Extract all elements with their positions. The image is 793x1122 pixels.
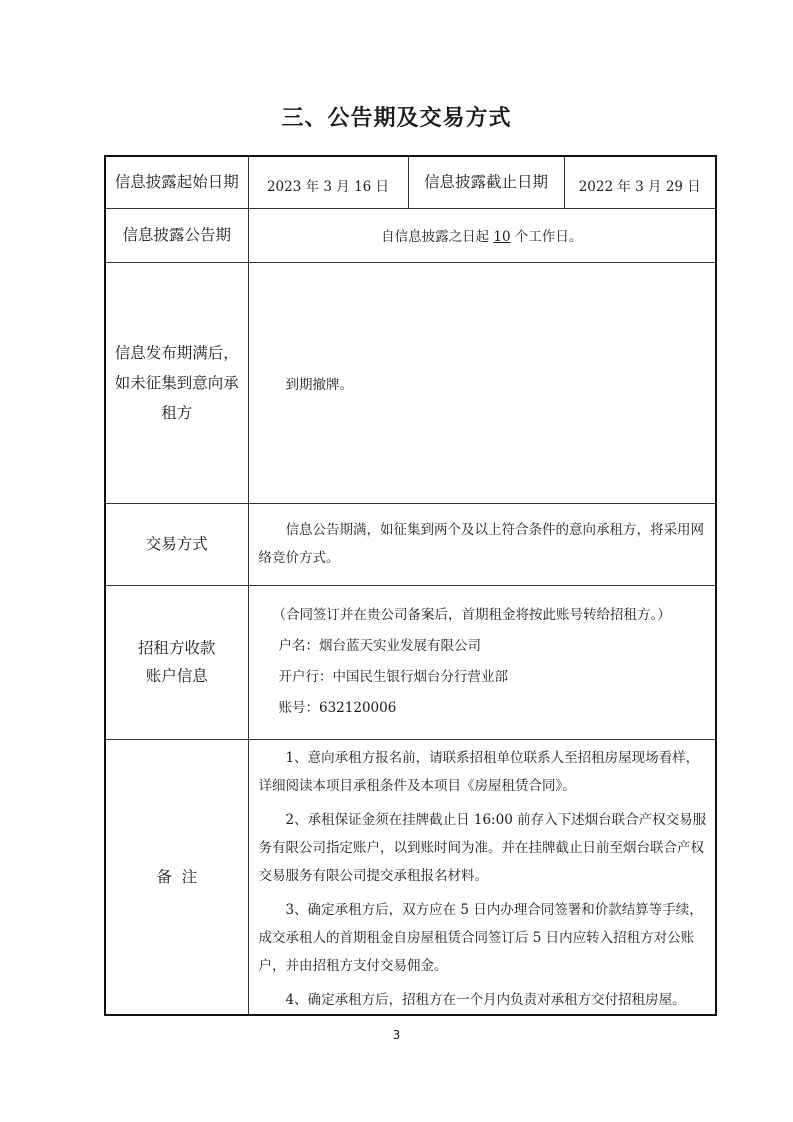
row-remarks: 备 注 1、意向承租方报名前，请联系招租单位联系人至招租房屋现场看样，详细阅读本…: [105, 739, 716, 1015]
start-date-value: 2023 年 3 月 16 日: [248, 156, 408, 208]
remark-item-1: 1、意向承租方报名前，请联系招租单位联系人至招租房屋现场看样，详细阅读本项目承租…: [249, 744, 716, 800]
page-number: 3: [0, 1028, 793, 1042]
method-text: 信息公告期满，如征集到两个及以上符合条件的意向承租方，将采用网络竞价方式。: [249, 516, 716, 572]
announcement-table: 信息披露起始日期 2023 年 3 月 16 日 信息披露截止日期 2022 年…: [104, 155, 717, 1016]
row-trade-method: 交易方式 信息公告期满，如征集到两个及以上符合条件的意向承租方，将采用网络竞价方…: [105, 503, 716, 585]
remarks-label: 备 注: [105, 739, 248, 1015]
account-note: （合同签订并在贵公司备案后，首期租金将按此账号转给招租方。）: [249, 600, 716, 631]
period-value: 自信息披露之日起 10 个工作日。: [248, 208, 716, 262]
end-date-label: 信息披露截止日期: [408, 156, 564, 208]
account-number: 账号：632120006: [249, 693, 716, 724]
remark-item-3: 3、确定承租方后，双方应在 5 日内办理合同签署和价款结算等手续，成交承租人的首…: [249, 896, 716, 980]
row-expiry-handling: 信息发布期满后， 如未征集到意向承 租方 到期撤牌。: [105, 262, 716, 503]
end-date-value: 2022 年 3 月 29 日: [564, 156, 716, 208]
remarks-value: 1、意向承租方报名前，请联系招租单位联系人至招租房屋现场看样，详细阅读本项目承租…: [248, 739, 716, 1015]
period-label: 信息披露公告期: [105, 208, 248, 262]
method-label: 交易方式: [105, 503, 248, 585]
expiry-value: 到期撤牌。: [248, 262, 716, 503]
expiry-label-line2: 如未征集到意向承: [106, 368, 248, 398]
account-value: （合同签订并在贵公司备案后，首期租金将按此账号转给招租方。） 户名：烟台蓝天实业…: [248, 585, 716, 739]
section-title: 三、公告期及交易方式: [0, 101, 793, 132]
method-value: 信息公告期满，如征集到两个及以上符合条件的意向承租方，将采用网络竞价方式。: [248, 503, 716, 585]
remark-item-2: 2、承租保证金须在挂牌截止日 16:00 前存入下述烟台联合产权交易服务有限公司…: [249, 806, 716, 890]
account-name: 户名：烟台蓝天实业发展有限公司: [249, 631, 716, 662]
account-label: 招租方收款 账户信息: [105, 585, 248, 739]
account-bank: 开户行：中国民生银行烟台分行营业部: [249, 662, 716, 693]
row-disclosure-period: 信息披露公告期 自信息披露之日起 10 个工作日。: [105, 208, 716, 262]
start-date-label: 信息披露起始日期: [105, 156, 248, 208]
account-label-line2: 账户信息: [106, 662, 248, 690]
period-days: 10: [493, 229, 510, 245]
account-label-line1: 招租方收款: [106, 634, 248, 662]
expiry-label-line1: 信息发布期满后，: [106, 338, 248, 368]
row-account-info: 招租方收款 账户信息 （合同签订并在贵公司备案后，首期租金将按此账号转给招租方。…: [105, 585, 716, 739]
expiry-label-line3: 租方: [106, 398, 248, 428]
period-prefix: 自信息披露之日起: [381, 229, 493, 245]
remark-item-4: 4、确定承租方后，招租方在一个月内负责对承租方交付招租房屋。: [249, 986, 716, 1014]
row-disclosure-dates: 信息披露起始日期 2023 年 3 月 16 日 信息披露截止日期 2022 年…: [105, 156, 716, 208]
expiry-label: 信息发布期满后， 如未征集到意向承 租方: [105, 262, 248, 503]
period-suffix: 个工作日。: [511, 229, 583, 245]
